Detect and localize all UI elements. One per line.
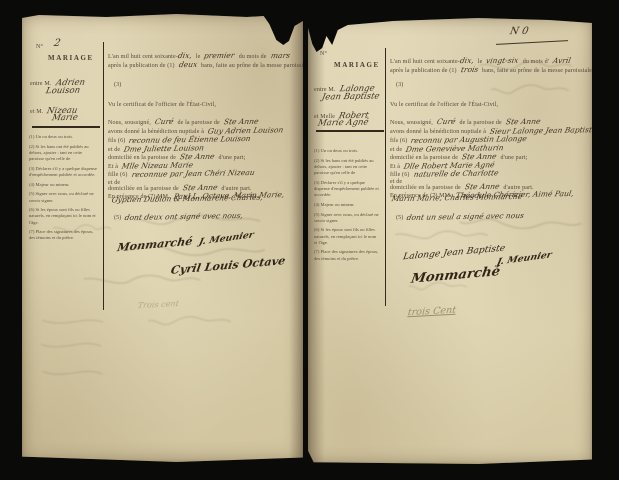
footnote-3-marker: (3) [396,82,403,88]
footnote-5-marker: (5) [396,215,403,221]
footnote: (1) Un ou deux ou trois. [29,134,97,140]
bans-count-handwritten: trois [460,65,479,74]
ink-bleedthrough-ghost [147,314,232,326]
dune-part-printed: d'une part; [219,155,246,161]
pencil-annotation: trois Cent [407,305,457,318]
publication-printed: après la publication de (1) [108,63,175,69]
bans-count-handwritten: deux [178,60,198,69]
footnote: (2) Si les bans ont été publiés au dehor… [29,144,97,163]
publication-printed-end: bans, faite au prône de la messe paroiss… [201,63,322,69]
column-divider-line [103,42,104,310]
footnote: (6) Si les époux sont fils ou filles nat… [314,227,380,246]
margin-number-handwritten: 2 [53,38,62,49]
footnote-5-marker: (5) [114,215,121,221]
right-page-scan: N 0 N° MARIAGE entre M. Lalonge Jean Bap… [308,18,592,464]
margin-rule [32,126,100,128]
ink-bleedthrough-ghost [36,314,106,394]
ink-bleedthrough-ghost [408,280,468,291]
ink-bleedthrough-ghost [117,242,267,258]
footnote: (3) Déclarer s'il y a quelque dispense d… [29,166,97,178]
publication-line: après la publication de (1) deux bans, f… [108,54,322,72]
pencil-annotation: Trois cent [137,299,179,310]
margin-number-label: N° [320,51,327,57]
footnote-3-marker: (3) [114,82,121,88]
witness-signature-flourish: J. Meunier [496,250,553,267]
column-divider-line [385,48,386,306]
footnote: (4) Majeur ou mineur. [314,202,380,208]
groom-signature: Lalonge Jean Baptiste [402,244,506,263]
certificate-line: Vu le certificat de l'officier de l'État… [108,102,216,108]
ink-bleedthrough-ghost [132,212,262,226]
footnote: (3) Déclarer s'il y a quelque dispense d… [314,180,380,199]
margin-rule [316,130,384,132]
certificate-line: Vu le certificat de l'officier de l'État… [390,102,498,108]
footnote: (4) Majeur ou mineur. [29,182,97,188]
ink-bleedthrough-ghost [478,58,573,72]
footnote: (5) Signer avec nous, ou déclaré ne savo… [314,212,380,224]
groom-firstname-handwritten: Jean Baptiste [321,91,381,102]
corner-number-handwritten: N 0 [509,26,530,37]
marriage-heading: MARIAGE [48,54,94,62]
groom-surname-handwritten: Louison [45,86,81,97]
footnote: (1) Un ou deux ou trois. [314,148,380,154]
publication-printed: après la publication de (1) [390,68,457,74]
et-label: et M. [30,109,43,115]
footnote: (7) Place des signatures des époux, des … [314,249,380,261]
ink-bleedthrough-ghost [490,82,570,95]
footnote: (2) Si les bans ont été publiés au dehor… [314,158,380,177]
footnotes-block: (1) Un ou deux ou trois. (2) Si les bans… [314,148,380,265]
footnote: (5) Signer avec nous, ou déclaré ne savo… [29,191,97,203]
ink-bleedthrough-ghost [52,222,112,234]
ink-bleedthrough-ghost [82,272,202,286]
left-page-scan: N° 2 MARIAGE entre M. Adrien Louison et … [22,14,303,462]
bride-firstname-handwritten: Marie Agné [317,118,370,129]
ink-bleedthrough-ghost [394,228,489,241]
archival-scan-background: N° 2 MARIAGE entre M. Adrien Louison et … [0,0,619,480]
marriage-heading: MARIAGE [334,61,380,69]
dune-part-printed: d'une part; [501,155,528,161]
corner-number-underline [496,40,568,45]
bride-firstname-handwritten: Marie [51,113,79,123]
margin-number-label: N° [36,44,43,50]
